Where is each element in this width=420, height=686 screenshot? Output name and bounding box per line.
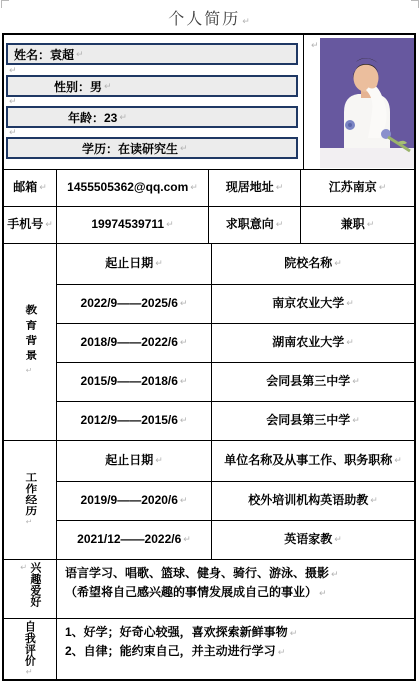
paragraph-mark: ↵ [183, 535, 191, 544]
education-date-header: 起止日期↵ [57, 244, 212, 284]
cell-text: 2018/9——2022/6 [81, 336, 178, 350]
paragraph-mark: ↵ [352, 377, 360, 386]
cell-text: 会同县第三中学 [266, 414, 350, 428]
gender-field-text: 性别：男 [54, 78, 102, 95]
education-row: 2012/9——2015/6↵ 会同县第三中学↵ [57, 401, 414, 440]
work-date-header: 起止日期↵ [57, 441, 212, 481]
paragraph-mark: ↵ [379, 183, 387, 192]
cell-text: 2019/9——2020/6 [81, 494, 178, 508]
cell-text: 2021/12——2022/6 [77, 533, 181, 547]
paragraph-mark: ↵ [276, 183, 284, 192]
work-company-cell: 英语家教↵ [212, 521, 414, 559]
hobbies-section-label: 兴趣爱好↵ [19, 561, 41, 616]
vertical-label-text: 教育背景 [23, 304, 37, 365]
cell-text: 现居地址 [226, 181, 274, 195]
paragraph-mark: ↵ [45, 220, 53, 229]
education-level-field[interactable]: 学历：在读研究生↵ [6, 137, 298, 159]
job-intention-value-cell: 兼职↵ [301, 207, 414, 243]
work-section: 工作经历↵ 起止日期↵ 单位名称及从事工作、职务职称↵ 2019/9——2020… [4, 440, 414, 559]
work-row: 2021/12——2022/6↵ 英语家教↵ [57, 520, 414, 559]
education-date-cell: 2022/9——2025/6↵ [57, 285, 212, 323]
paragraph-mark: ↵ [20, 563, 29, 573]
work-header-row: 起止日期↵ 单位名称及从事工作、职务职称↵ [57, 441, 414, 481]
page-title: 个人简历↵ [0, 6, 420, 29]
work-company-cell: 校外培训机构英语助教↵ [212, 482, 414, 520]
education-row: 2018/9——2022/6↵ 湖南农业大学↵ [57, 323, 414, 362]
paragraph-mark: ↵ [276, 220, 284, 229]
paragraph-mark: ↵ [180, 496, 188, 505]
hobbies-text: 语言学习、唱歌、篮球、健身、骑行、游泳、摄影↵ （希望将自己感兴趣的事情发展成自… [57, 560, 414, 618]
cell-text: 19974539711 [91, 218, 164, 232]
education-level-field-text: 学历：在读研究生 [82, 140, 178, 157]
cell-text: 南京农业大学 [272, 297, 344, 311]
paragraph-mark: ↵ [331, 569, 339, 579]
paragraph-mark: ↵ [9, 97, 17, 106]
paragraph-mark: ↵ [311, 41, 319, 50]
hobbies-line: 语言学习、唱歌、篮球、健身、骑行、游泳、摄影↵ [65, 564, 408, 583]
cell-text: 单位名称及从事工作、职务职称 [224, 454, 392, 468]
work-date-cell: 2021/12——2022/6↵ [57, 521, 212, 559]
education-school-cell: 湖南农业大学↵ [212, 324, 414, 362]
paragraph-mark: ↵ [155, 456, 163, 465]
paragraph-mark: ↵ [9, 128, 17, 137]
paragraph-mark: ↵ [180, 299, 188, 308]
cell-text: 语言学习、唱歌、篮球、健身、骑行、游泳、摄影 [65, 566, 329, 580]
paragraph-mark: ↵ [367, 220, 375, 229]
education-row: 2022/9——2025/6↵ 南京农业大学↵ [57, 284, 414, 323]
vertical-label-text: 工作经历 [23, 472, 37, 517]
cell-text: 英语家教 [284, 533, 332, 547]
cell-text: 1、好学；好奇心较强，喜欢探索新鲜事物 [65, 625, 288, 639]
gender-field[interactable]: 性别：男↵ [6, 75, 298, 97]
id-photo [320, 38, 414, 168]
work-section-label-cell: 工作经历↵ [4, 441, 57, 559]
cell-text: 起止日期 [105, 454, 153, 468]
name-field-text: 姓名：袁超 [14, 46, 74, 63]
education-row: 2015/9——2018/6↵ 会同县第三中学↵ [57, 362, 414, 401]
phone-value-cell: 19974539711↵ [57, 207, 209, 243]
cell-text: 会同县第三中学 [266, 375, 350, 389]
paragraph-mark: ↵ [119, 113, 127, 122]
cell-text: 2015/9——2018/6 [81, 375, 178, 389]
paragraph-mark: ↵ [25, 519, 34, 528]
paragraph-mark: ↵ [155, 259, 163, 268]
paragraph-mark: ↵ [180, 144, 188, 153]
hobbies-line: （希望将自己感兴趣的事情发展成自己的事业）↵ [65, 583, 408, 602]
self-evaluation-label: 自我评价↵ [25, 620, 36, 677]
cell-text: 1455505362@qq.com [67, 181, 188, 195]
self-evaluation-line: 1、好学；好奇心较强，喜欢探索新鲜事物↵ [65, 623, 408, 642]
resume-table: 姓名：袁超↵ ↵ 性别：男↵ ↵ 年龄：23↵ ↵ 学历：在读研究生↵ ↵ [2, 33, 416, 681]
job-intention-label-cell: 求职意向↵ [209, 207, 301, 243]
education-section: 教育背景↵ 起止日期↵ 院校名称↵ 2022/9——2025/6↵ 南京农业大学… [4, 243, 414, 440]
page-title-text: 个人简历 [168, 11, 240, 28]
paragraph-mark: ↵ [346, 338, 354, 347]
email-label-cell: 邮箱↵ [4, 170, 57, 206]
cell-text: 兼职 [341, 218, 365, 232]
education-date-cell: 2015/9——2018/6↵ [57, 363, 212, 401]
self-evaluation-line: 2、自律；能约束自己，并主动进行学习↵ [65, 642, 408, 661]
work-company-header: 单位名称及从事工作、职务职称↵ [212, 441, 414, 481]
education-date-cell: 2018/9——2022/6↵ [57, 324, 212, 362]
paragraph-mark: ↵ [370, 496, 378, 505]
age-field-text: 年龄：23 [68, 109, 117, 126]
paragraph-mark: ↵ [242, 16, 252, 26]
paragraph-mark: ↵ [278, 647, 286, 657]
paragraph-mark: ↵ [180, 338, 188, 347]
paragraph-mark: ↵ [104, 82, 112, 91]
paragraph-mark: ↵ [76, 50, 84, 59]
work-date-cell: 2019/9——2020/6↵ [57, 482, 212, 520]
email-value-cell: 1455505362@qq.com↵ [57, 170, 209, 206]
paragraph-mark: ↵ [352, 416, 360, 425]
age-field[interactable]: 年龄：23↵ [6, 106, 298, 128]
resume-page: 个人简历↵ 姓名：袁超↵ ↵ 性别：男↵ ↵ 年龄：23↵ ↵ 学历：在读研究生… [0, 0, 420, 686]
paragraph-mark: ↵ [9, 66, 17, 75]
self-evaluation-section: 自我评价↵ 1、好学；好奇心较强，喜欢探索新鲜事物↵ 2、自律；能约束自己，并主… [4, 618, 414, 679]
cell-text: 院校名称 [284, 257, 332, 271]
photo-cell: ↵ [304, 35, 414, 169]
education-section-label-cell: 教育背景↵ [4, 244, 57, 440]
address-value-cell: 江苏南京↵ [301, 170, 414, 206]
education-school-cell: 南京农业大学↵ [212, 285, 414, 323]
paragraph-mark: ↵ [166, 220, 174, 229]
self-evaluation-text: 1、好学；好奇心较强，喜欢探索新鲜事物↵ 2、自律；能约束自己，并主动进行学习↵ [57, 619, 414, 679]
cell-text: （希望将自己感兴趣的事情发展成自己的事业） [65, 585, 317, 599]
vertical-label-text: 兴趣爱好 [29, 561, 42, 607]
cell-text: 校外培训机构英语助教 [248, 494, 368, 508]
paragraph-mark: ↵ [334, 259, 342, 268]
profile-fields-cell: 姓名：袁超↵ ↵ 性别：男↵ ↵ 年龄：23↵ ↵ 学历：在读研究生↵ [4, 35, 304, 169]
education-date-cell: 2012/9——2015/6↵ [57, 402, 212, 440]
education-school-header: 院校名称↵ [212, 244, 414, 284]
paragraph-mark: ↵ [290, 628, 298, 638]
education-header-row: 起止日期↵ 院校名称↵ [57, 244, 414, 284]
paragraph-mark: ↵ [346, 299, 354, 308]
cell-text: 求职意向 [226, 218, 274, 232]
self-evaluation-label-cell: 自我评价↵ [4, 619, 57, 679]
cell-text: 起止日期 [105, 257, 153, 271]
paragraph-mark: ↵ [180, 377, 188, 386]
address-label-cell: 现居地址↵ [209, 170, 301, 206]
profile-row: 姓名：袁超↵ ↵ 性别：男↵ ↵ 年龄：23↵ ↵ 学历：在读研究生↵ ↵ [4, 35, 414, 169]
cell-text: 湖南农业大学 [272, 336, 344, 350]
hobbies-section-label-cell: 兴趣爱好↵ [4, 560, 57, 618]
work-row: 2019/9——2020/6↵ 校外培训机构英语助教↵ [57, 481, 414, 520]
education-school-cell: 会同县第三中学↵ [212, 363, 414, 401]
cell-text: 2、自律；能约束自己，并主动进行学习 [65, 644, 276, 658]
phone-label-cell: 手机号↵ [4, 207, 57, 243]
paragraph-mark: ↵ [25, 367, 34, 380]
education-school-cell: 会同县第三中学↵ [212, 402, 414, 440]
paragraph-mark: ↵ [319, 588, 327, 598]
paragraph-mark: ↵ [26, 668, 35, 678]
contact-row-email: 邮箱↵ 1455505362@qq.com↵ 现居地址↵ 江苏南京↵ [4, 169, 414, 206]
paragraph-mark: ↵ [180, 416, 188, 425]
paragraph-mark: ↵ [190, 183, 198, 192]
cell-text: 2012/9——2015/6 [81, 414, 178, 428]
cell-text: 邮箱 [13, 181, 37, 195]
cell-text: 江苏南京 [329, 181, 377, 195]
cell-text: 2022/9——2025/6 [81, 297, 178, 311]
contact-row-phone: 手机号↵ 19974539711↵ 求职意向↵ 兼职↵ [4, 206, 414, 243]
vertical-label-text: 自我评价 [24, 620, 37, 666]
education-section-label: 教育背景↵ [24, 304, 36, 379]
paragraph-mark: ↵ [334, 535, 342, 544]
paragraph-mark: ↵ [394, 456, 402, 465]
work-section-label: 工作经历↵ [24, 472, 36, 527]
name-field[interactable]: 姓名：袁超↵ [6, 43, 298, 65]
hobbies-section: 兴趣爱好↵ 语言学习、唱歌、篮球、健身、骑行、游泳、摄影↵ （希望将自己感兴趣的… [4, 559, 414, 618]
cell-text: 手机号 [7, 218, 43, 232]
paragraph-mark: ↵ [39, 183, 47, 192]
